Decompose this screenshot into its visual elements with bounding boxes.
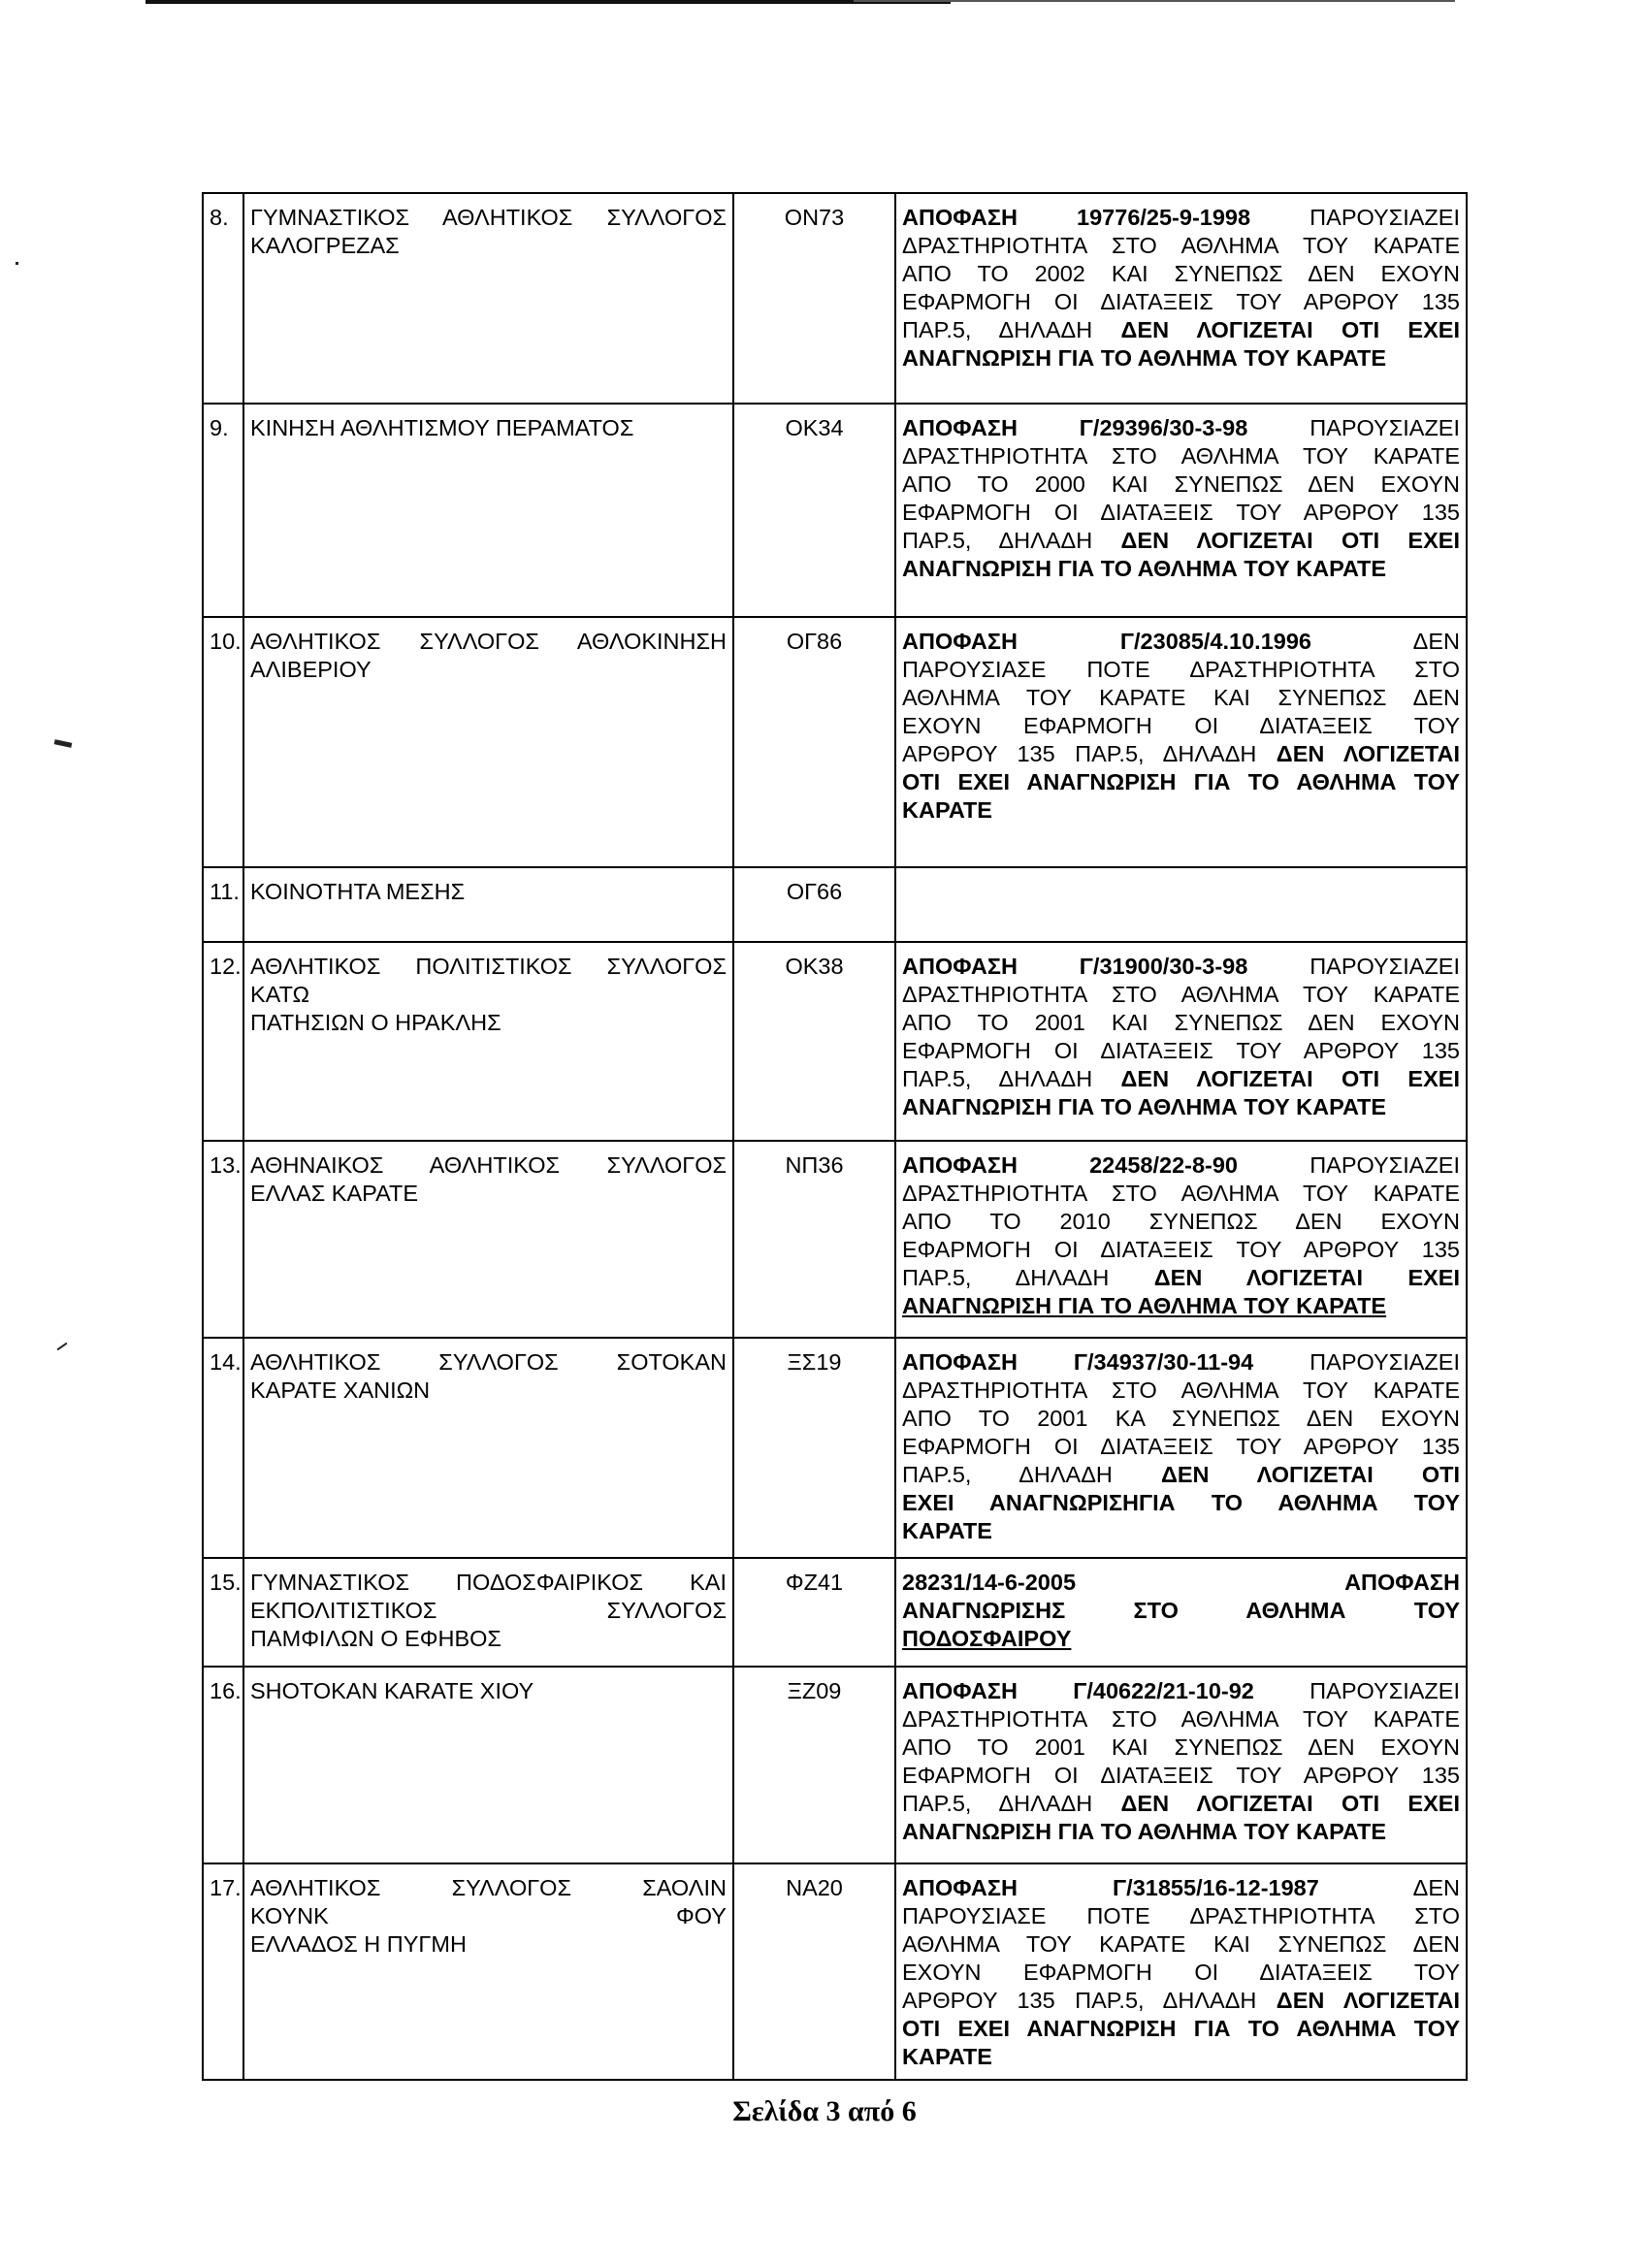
text-segment: ΠΑΡΟΥΣΙΑΣΕ ΠΟΤΕ ΔΡΑΣΤΗΡΙΟΤΗΤΑ ΣΤΟ bbox=[902, 1903, 1460, 1928]
row-number: 8. bbox=[203, 193, 243, 404]
description-line: ΟΤΙ ΕΧΕΙ ΑΝΑΓΝΩΡΙΣΗ ΓΙΑ ΤΟ ΑΘΛΗΜΑ ΤΟΥ bbox=[902, 2015, 1460, 2043]
description-line: ΑΠΟ ΤΟ 2001 ΚΑ ΣΥΝΕΠΩΣ ΔΕΝ ΕΧΟΥΝ bbox=[902, 1405, 1460, 1433]
decision-description: ΑΠΟΦΑΣΗ Γ/40622/21-10-92 ΠΑΡΟΥΣΙΑΖΕΙΔΡΑΣ… bbox=[895, 1667, 1467, 1863]
decision-description: ΑΠΟΦΑΣΗ Γ/29396/30-3-98 ΠΑΡΟΥΣΙΑΖΕΙΔΡΑΣΤ… bbox=[895, 404, 1467, 617]
club-name-line: ΕΛΛΑΔΟΣ Η ΠΥΓΜΗ bbox=[250, 1930, 727, 1959]
text-segment: ΑΝΑΓΝΩΡΙΣΗ ΓΙΑ ΤΟ ΑΘΛΗΜΑ ΤΟΥ ΚΑΡΑΤΕ bbox=[902, 1293, 1386, 1318]
text-segment: ΕΦΑΡΜΟΓΗ ΟΙ ΔΙΑΤΑΞΕΙΣ ΤΟΥ ΑΡΘΡΟΥ 135 bbox=[902, 289, 1460, 314]
description-line: ΑΝΑΓΝΩΡΙΣΗ ΓΙΑ ΤΟ ΑΘΛΗΜΑ ΤΟΥ ΚΑΡΑΤΕ bbox=[902, 1818, 1460, 1846]
text-segment: ΠΑΡΟΥΣΙΑΖΕΙ bbox=[1247, 954, 1460, 979]
description-line: ΕΧΟΥΝ ΕΦΑΡΜΟΓΗ ΟΙ ΔΙΑΤΑΞΕΙΣ ΤΟΥ bbox=[902, 1959, 1460, 1987]
description-line: ΑΠΟΦΑΣΗ Γ/31900/30-3-98 ΠΑΡΟΥΣΙΑΖΕΙ bbox=[902, 953, 1460, 981]
text-segment: ΑΠΟΦΑΣΗ Γ/31855/16-12-1987 bbox=[902, 1875, 1319, 1900]
table-row: 9. ΚΙΝΗΣΗ ΑΘΛΗΤΙΣΜΟΥ ΠΕΡΑΜΑΤΟΣ ΟΚ34 ΑΠΟΦ… bbox=[203, 404, 1467, 617]
decision-description: ΑΠΟΦΑΣΗ Γ/31900/30-3-98 ΠΑΡΟΥΣΙΑΖΕΙΔΡΑΣΤ… bbox=[895, 942, 1467, 1141]
club-name: ΚΟΙΝΟΤΗΤΑ ΜΕΣΗΣ bbox=[243, 867, 733, 942]
text-segment: ΑΠΟ ΤΟ 2001 ΚΑΙ ΣΥΝΕΠΩΣ ΔΕΝ ΕΧΟΥΝ bbox=[902, 1010, 1460, 1035]
table-row: 11. ΚΟΙΝΟΤΗΤΑ ΜΕΣΗΣ ΟΓ66 bbox=[203, 867, 1467, 942]
club-code: ΟΓ66 bbox=[733, 867, 895, 942]
club-name-line: ΓΥΜΝΑΣΤΙΚΟΣ ΑΘΛΗΤΙΚΟΣ ΣΥΛΛΟΓΟΣ bbox=[250, 204, 727, 232]
club-name: ΑΘΛΗΤΙΚΟΣ ΣΥΛΛΟΓΟΣ ΣΟΤΟΚΑΝΚΑΡΑΤΕ ΧΑΝΙΩΝ bbox=[243, 1338, 733, 1558]
text-segment: ΑΝΑΓΝΩΡΙΣΗ ΓΙΑ ΤΟ ΑΘΛΗΜΑ ΤΟΥ ΚΑΡΑΤΕ bbox=[902, 1819, 1386, 1844]
text-segment: ΑΘΛΗΜΑ ΤΟΥ ΚΑΡΑΤΕ ΚΑΙ ΣΥΝΕΠΩΣ ΔΕΝ bbox=[902, 685, 1460, 710]
table-row: 10. ΑΘΛΗΤΙΚΟΣ ΣΥΛΛΟΓΟΣ ΑΘΛΟΚΙΝΗΣΗΑΛΙΒΕΡΙ… bbox=[203, 617, 1467, 867]
club-name-line: ΚΑΛΟΓΡΕΖΑΣ bbox=[250, 232, 727, 260]
description-line: ΔΡΑΣΤΗΡΙΟΤΗΤΑ ΣΤΟ ΑΘΛΗΜΑ ΤΟΥ ΚΑΡΑΤΕ bbox=[902, 1377, 1460, 1405]
text-segment: ΠΑΡ.5, ΔΗΛΑΔΗ bbox=[902, 1066, 1121, 1091]
text-segment: ΟΤΙ ΕΧΕΙ ΑΝΑΓΝΩΡΙΣΗ ΓΙΑ ΤΟ ΑΘΛΗΜΑ ΤΟΥ bbox=[902, 769, 1460, 794]
text-segment: ΕΦΑΡΜΟΓΗ ΟΙ ΔΙΑΤΑΞΕΙΣ ΤΟΥ ΑΡΘΡΟΥ 135 bbox=[902, 1038, 1460, 1063]
text-segment: ΟΤΙ ΕΧΕΙ ΑΝΑΓΝΩΡΙΣΗ ΓΙΑ ΤΟ ΑΘΛΗΜΑ ΤΟΥ bbox=[902, 2016, 1460, 2041]
text-segment: ΠΑΡ.5, ΔΗΛΑΔΗ bbox=[902, 1265, 1154, 1290]
text-segment: ΕΧΟΥΝ ΕΦΑΡΜΟΓΗ ΟΙ ΔΙΑΤΑΞΕΙΣ ΤΟΥ bbox=[902, 1960, 1460, 1985]
decision-description: ΑΠΟΦΑΣΗ Γ/34937/30-11-94 ΠΑΡΟΥΣΙΑΖΕΙΔΡΑΣ… bbox=[895, 1338, 1467, 1558]
table-row: 16. SHOTOKAN KARATE ΧΙΟΥ ΞΖ09 ΑΠΟΦΑΣΗ Γ/… bbox=[203, 1667, 1467, 1863]
description-line: ΚΑΡΑΤΕ bbox=[902, 796, 1460, 825]
decision-description: ΑΠΟΦΑΣΗ Γ/23085/4.10.1996 ΔΕΝΠΑΡΟΥΣΙΑΣΕ … bbox=[895, 617, 1467, 867]
text-segment: ΔΡΑΣΤΗΡΙΟΤΗΤΑ ΣΤΟ ΑΘΛΗΜΑ ΤΟΥ ΚΑΡΑΤΕ bbox=[902, 233, 1460, 258]
text-segment: ΔΕΝ ΛΟΓΙΖΕΤΑΙ ΟΤΙ ΕΧΕΙ bbox=[1121, 317, 1460, 342]
text-segment: ΠΑΡΟΥΣΙΑΖΕΙ bbox=[1247, 415, 1460, 440]
club-name-line: ΑΘΗΝΑΙΚΟΣ ΑΘΛΗΤΙΚΟΣ ΣΥΛΛΟΓΟΣ bbox=[250, 1151, 727, 1180]
row-number: 9. bbox=[203, 404, 243, 617]
text-segment: ΔΡΑΣΤΗΡΙΟΤΗΤΑ ΣΤΟ ΑΘΛΗΜΑ ΤΟΥ ΚΑΡΑΤΕ bbox=[902, 1377, 1460, 1403]
club-name: SHOTOKAN KARATE ΧΙΟΥ bbox=[243, 1667, 733, 1863]
text-segment: 28231/14-6-2005 ΑΠΟΦΑΣΗ bbox=[902, 1570, 1460, 1595]
club-name-line: ΠΑΜΦΙΛΩΝ Ο ΕΦΗΒΟΣ bbox=[250, 1625, 727, 1653]
text-segment: ΔΕΝ bbox=[1319, 1875, 1460, 1900]
club-code: ΞΣ19 bbox=[733, 1338, 895, 1558]
description-line: ΕΦΑΡΜΟΓΗ ΟΙ ΔΙΑΤΑΞΕΙΣ ΤΟΥ ΑΡΘΡΟΥ 135 bbox=[902, 1433, 1460, 1461]
club-name-line: ΠΑΤΗΣΙΩΝ Ο ΗΡΑΚΛΗΣ bbox=[250, 1009, 727, 1037]
text-segment: ΑΝΑΓΝΩΡΙΣΗ ΓΙΑ ΤΟ ΑΘΛΗΜΑ ΤΟΥ ΚΑΡΑΤΕ bbox=[902, 345, 1386, 371]
description-line: ΑΘΛΗΜΑ ΤΟΥ ΚΑΡΑΤΕ ΚΑΙ ΣΥΝΕΠΩΣ ΔΕΝ bbox=[902, 1930, 1460, 1959]
table-row: 13. ΑΘΗΝΑΙΚΟΣ ΑΘΛΗΤΙΚΟΣ ΣΥΛΛΟΓΟΣΕΛΛΑΣ ΚΑ… bbox=[203, 1141, 1467, 1338]
decision-description: ΑΠΟΦΑΣΗ Γ/31855/16-12-1987 ΔΕΝΠΑΡΟΥΣΙΑΣΕ… bbox=[895, 1863, 1467, 2080]
text-segment: ΔΡΑΣΤΗΡΙΟΤΗΤΑ ΣΤΟ ΑΘΛΗΜΑ ΤΟΥ ΚΑΡΑΤΕ bbox=[902, 443, 1460, 469]
text-segment: ΑΠΟ ΤΟ 2001 ΚΑΙ ΣΥΝΕΠΩΣ ΔΕΝ ΕΧΟΥΝ bbox=[902, 1734, 1460, 1760]
text-segment: ΔΕΝ ΛΟΓΙΖΕΤΑΙ ΟΤΙ bbox=[1161, 1462, 1460, 1487]
description-line: ΑΠΟΦΑΣΗ 19776/25-9-1998 ΠΑΡΟΥΣΙΑΖΕΙ bbox=[902, 204, 1460, 232]
text-segment: ΑΠΟΦΑΣΗ 22458/22-8-90 bbox=[902, 1152, 1238, 1178]
scan-edge-line bbox=[854, 0, 1455, 2]
description-line: ΠΑΡΟΥΣΙΑΣΕ ΠΟΤΕ ΔΡΑΣΤΗΡΙΟΤΗΤΑ ΣΤΟ bbox=[902, 656, 1460, 684]
text-segment: ΑΠΟ ΤΟ 2010 ΣΥΝΕΠΩΣ ΔΕΝ ΕΧΟΥΝ bbox=[902, 1209, 1460, 1234]
description-line: ΠΑΡ.5, ΔΗΛΑΔΗ ΔΕΝ ΛΟΓΙΖΕΤΑΙ ΟΤΙ ΕΧΕΙ bbox=[902, 527, 1460, 555]
club-name-line: ΑΘΛΗΤΙΚΟΣ ΠΟΛΙΤΙΣΤΙΚΟΣ ΣΥΛΛΟΓΟΣ bbox=[250, 953, 727, 981]
description-line: ΑΝΑΓΝΩΡΙΣΗ ΓΙΑ ΤΟ ΑΘΛΗΜΑ ΤΟΥ ΚΑΡΑΤΕ bbox=[902, 1093, 1460, 1121]
text-segment: ΠΑΡ.5, ΔΗΛΑΔΗ bbox=[902, 1462, 1161, 1487]
text-segment: ΕΦΑΡΜΟΓΗ ΟΙ ΔΙΑΤΑΞΕΙΣ ΤΟΥ ΑΡΘΡΟΥ 135 bbox=[902, 1763, 1460, 1788]
club-name-line: ΑΛΙΒΕΡΙΟΥ bbox=[250, 656, 727, 684]
text-segment: ΑΝΑΓΝΩΡΙΣΗ ΓΙΑ ΤΟ ΑΘΛΗΜΑ ΤΟΥ ΚΑΡΑΤΕ bbox=[902, 556, 1386, 581]
decision-description: ΑΠΟΦΑΣΗ 19776/25-9-1998 ΠΑΡΟΥΣΙΑΖΕΙΔΡΑΣΤ… bbox=[895, 193, 1467, 404]
club-name-line: ΕΚΠΟΛΙΤΙΣΤΙΚΟΣ ΣΥΛΛΟΓΟΣ bbox=[250, 1597, 727, 1625]
club-name-line: ΚΑΡΑΤΕ ΧΑΝΙΩΝ bbox=[250, 1377, 727, 1405]
description-line: ΑΘΛΗΜΑ ΤΟΥ ΚΑΡΑΤΕ ΚΑΙ ΣΥΝΕΠΩΣ ΔΕΝ bbox=[902, 684, 1460, 712]
text-segment: ΔΕΝ ΛΟΓΙΖΕΤΑΙ ΟΤΙ ΕΧΕΙ bbox=[1121, 1066, 1460, 1091]
text-segment: ΔΡΑΣΤΗΡΙΟΤΗΤΑ ΣΤΟ ΑΘΛΗΜΑ ΤΟΥ ΚΑΡΑΤΕ bbox=[902, 1706, 1460, 1732]
text-segment: ΠΑΡ.5, ΔΗΛΑΔΗ bbox=[902, 528, 1121, 553]
description-line: ΕΦΑΡΜΟΓΗ ΟΙ ΔΙΑΤΑΞΕΙΣ ΤΟΥ ΑΡΘΡΟΥ 135 bbox=[902, 288, 1460, 316]
text-segment: ΔΕΝ ΛΟΓΙΖΕΤΑΙ ΟΤΙ ΕΧΕΙ bbox=[1121, 1791, 1460, 1816]
description-line: ΑΠΟ ΤΟ 2001 ΚΑΙ ΣΥΝΕΠΩΣ ΔΕΝ ΕΧΟΥΝ bbox=[902, 1009, 1460, 1037]
club-name: ΑΘΛΗΤΙΚΟΣ ΣΥΛΛΟΓΟΣ ΑΘΛΟΚΙΝΗΣΗΑΛΙΒΕΡΙΟΥ bbox=[243, 617, 733, 867]
club-code: ΟΝ73 bbox=[733, 193, 895, 404]
club-name-line: ΚΙΝΗΣΗ ΑΘΛΗΤΙΣΜΟΥ ΠΕΡΑΜΑΤΟΣ bbox=[250, 414, 727, 442]
description-line: ΕΦΑΡΜΟΓΗ ΟΙ ΔΙΑΤΑΞΕΙΣ ΤΟΥ ΑΡΘΡΟΥ 135 bbox=[902, 1762, 1460, 1790]
row-number: 12. bbox=[203, 942, 243, 1141]
scan-mark bbox=[16, 262, 18, 265]
scan-edge-line bbox=[145, 0, 951, 4]
text-segment: ΠΑΡ.5, ΔΗΛΑΔΗ bbox=[902, 317, 1121, 342]
text-segment: ΚΑΡΑΤΕ bbox=[902, 1518, 992, 1543]
club-name-line: ΚΟΙΝΟΤΗΤΑ ΜΕΣΗΣ bbox=[250, 878, 727, 906]
text-segment: ΑΡΘΡΟΥ 135 ΠΑΡ.5, ΔΗΛΑΔΗ bbox=[902, 1988, 1277, 2013]
description-line: ΑΠΟΦΑΣΗ Γ/34937/30-11-94 ΠΑΡΟΥΣΙΑΖΕΙ bbox=[902, 1348, 1460, 1377]
description-line: ΑΠΟ ΤΟ 2010 ΣΥΝΕΠΩΣ ΔΕΝ ΕΧΟΥΝ bbox=[902, 1208, 1460, 1236]
description-line: ΔΡΑΣΤΗΡΙΟΤΗΤΑ ΣΤΟ ΑΘΛΗΜΑ ΤΟΥ ΚΑΡΑΤΕ bbox=[902, 442, 1460, 470]
row-number: 16. bbox=[203, 1667, 243, 1863]
row-number: 14. bbox=[203, 1338, 243, 1558]
text-segment: ΠΑΡΟΥΣΙΑΖΕΙ bbox=[1250, 205, 1460, 230]
description-line: ΑΝΑΓΝΩΡΙΣΗ ΓΙΑ ΤΟ ΑΘΛΗΜΑ ΤΟΥ ΚΑΡΑΤΕ bbox=[902, 1292, 1460, 1320]
club-code: ΦΖ41 bbox=[733, 1558, 895, 1667]
text-segment: ΕΦΑΡΜΟΓΗ ΟΙ ΔΙΑΤΑΞΕΙΣ ΤΟΥ ΑΡΘΡΟΥ 135 bbox=[902, 500, 1460, 525]
text-segment: ΔΕΝ bbox=[1311, 629, 1460, 654]
row-number: 11. bbox=[203, 867, 243, 942]
scan-mark bbox=[54, 739, 73, 748]
description-line: ΑΝΑΓΝΩΡΙΣΗ ΓΙΑ ΤΟ ΑΘΛΗΜΑ ΤΟΥ ΚΑΡΑΤΕ bbox=[902, 344, 1460, 373]
text-segment: ΑΠΟΦΑΣΗ Γ/29396/30-3-98 bbox=[902, 415, 1247, 440]
table-row: 12. ΑΘΛΗΤΙΚΟΣ ΠΟΛΙΤΙΣΤΙΚΟΣ ΣΥΛΛΟΓΟΣΚΑΤΩΠ… bbox=[203, 942, 1467, 1141]
club-name-line: ΚΟΥΝΚ ΦΟΥ bbox=[250, 1902, 727, 1930]
text-segment: ΑΠΟΦΑΣΗ Γ/40622/21-10-92 bbox=[902, 1678, 1254, 1703]
text-segment: ΔΕΝ ΛΟΓΙΖΕΤΑΙ bbox=[1277, 1988, 1460, 2013]
decision-description bbox=[895, 867, 1467, 942]
club-code: ΝΠ36 bbox=[733, 1141, 895, 1338]
club-name: ΑΘΛΗΤΙΚΟΣ ΣΥΛΛΟΓΟΣ ΣΑΟΛΙΝΚΟΥΝΚ ΦΟΥΕΛΛΑΔΟ… bbox=[243, 1863, 733, 2080]
club-name-line: ΚΑΤΩ bbox=[250, 981, 727, 1009]
description-line: ΚΑΡΑΤΕ bbox=[902, 1517, 1460, 1545]
row-number: 10. bbox=[203, 617, 243, 867]
description-line: ΕΦΑΡΜΟΓΗ ΟΙ ΔΙΑΤΑΞΕΙΣ ΤΟΥ ΑΡΘΡΟΥ 135 bbox=[902, 1037, 1460, 1065]
description-line: ΑΠΟ ΤΟ 2000 ΚΑΙ ΣΥΝΕΠΩΣ ΔΕΝ ΕΧΟΥΝ bbox=[902, 470, 1460, 499]
club-name-line: ΑΘΛΗΤΙΚΟΣ ΣΥΛΛΟΓΟΣ ΑΘΛΟΚΙΝΗΣΗ bbox=[250, 628, 727, 656]
text-segment: ΠΑΡ.5, ΔΗΛΑΔΗ bbox=[902, 1791, 1121, 1816]
text-segment: ΔΕΝ ΛΟΓΙΖΕΤΑΙ ΕΧΕΙ bbox=[1154, 1265, 1460, 1290]
text-segment: ΕΧΟΥΝ ΕΦΑΡΜΟΓΗ ΟΙ ΔΙΑΤΑΞΕΙΣ ΤΟΥ bbox=[902, 713, 1460, 738]
club-name: ΚΙΝΗΣΗ ΑΘΛΗΤΙΣΜΟΥ ΠΕΡΑΜΑΤΟΣ bbox=[243, 404, 733, 617]
description-line: ΑΝΑΓΝΩΡΙΣΗ ΓΙΑ ΤΟ ΑΘΛΗΜΑ ΤΟΥ ΚΑΡΑΤΕ bbox=[902, 555, 1460, 583]
text-segment: ΠΑΡΟΥΣΙΑΖΕΙ bbox=[1254, 1678, 1460, 1703]
text-segment: ΑΠΟ ΤΟ 2002 ΚΑΙ ΣΥΝΕΠΩΣ ΔΕΝ ΕΧΟΥΝ bbox=[902, 261, 1460, 286]
text-segment: ΚΑΡΑΤΕ bbox=[902, 2044, 992, 2069]
description-line: ΕΧΕΙ ΑΝΑΓΝΩΡΙΣΗΓΙΑ ΤΟ ΑΘΛΗΜΑ ΤΟΥ bbox=[902, 1489, 1460, 1517]
text-segment: ΠΑΡΟΥΣΙΑΖΕΙ bbox=[1238, 1152, 1460, 1178]
description-line: ΔΡΑΣΤΗΡΙΟΤΗΤΑ ΣΤΟ ΑΘΛΗΜΑ ΤΟΥ ΚΑΡΑΤΕ bbox=[902, 1705, 1460, 1733]
club-name: ΓΥΜΝΑΣΤΙΚΟΣ ΑΘΛΗΤΙΚΟΣ ΣΥΛΛΟΓΟΣΚΑΛΟΓΡΕΖΑΣ bbox=[243, 193, 733, 404]
text-segment: ΑΠΟ ΤΟ 2000 ΚΑΙ ΣΥΝΕΠΩΣ ΔΕΝ ΕΧΟΥΝ bbox=[902, 471, 1460, 497]
text-segment: ΑΡΘΡΟΥ 135 ΠΑΡ.5, ΔΗΛΑΔΗ bbox=[902, 741, 1277, 766]
text-segment: ΔΕΝ ΛΟΓΙΖΕΤΑΙ bbox=[1277, 741, 1460, 766]
club-code: ΟΚ34 bbox=[733, 404, 895, 617]
text-segment: ΚΑΡΑΤΕ bbox=[902, 797, 992, 823]
text-segment: ΑΠΟ ΤΟ 2001 ΚΑ ΣΥΝΕΠΩΣ ΔΕΝ ΕΧΟΥΝ bbox=[902, 1406, 1460, 1431]
text-segment: ΕΦΑΡΜΟΓΗ ΟΙ ΔΙΑΤΑΞΕΙΣ ΤΟΥ ΑΡΘΡΟΥ 135 bbox=[902, 1237, 1460, 1262]
page-footer: Σελίδα 3 από 6 bbox=[0, 2095, 1649, 2128]
description-line: 28231/14-6-2005 ΑΠΟΦΑΣΗ bbox=[902, 1569, 1460, 1597]
description-line: ΠΑΡ.5, ΔΗΛΑΔΗ ΔΕΝ ΛΟΓΙΖΕΤΑΙ ΟΤΙ ΕΧΕΙ bbox=[902, 1790, 1460, 1818]
text-segment: ΠΑΡΟΥΣΙΑΖΕΙ bbox=[1253, 1349, 1460, 1375]
club-name-line: ΕΛΛΑΣ ΚΑΡΑΤΕ bbox=[250, 1180, 727, 1208]
text-segment: ΔΕΝ ΛΟΓΙΖΕΤΑΙ ΟΤΙ ΕΧΕΙ bbox=[1121, 528, 1460, 553]
table-row: 14. ΑΘΛΗΤΙΚΟΣ ΣΥΛΛΟΓΟΣ ΣΟΤΟΚΑΝΚΑΡΑΤΕ ΧΑΝ… bbox=[203, 1338, 1467, 1558]
text-segment: ΑΠΟΦΑΣΗ Γ/23085/4.10.1996 bbox=[902, 629, 1311, 654]
text-segment: ΑΝΑΓΝΩΡΙΣΗ ΓΙΑ ΤΟ ΑΘΛΗΜΑ ΤΟΥ ΚΑΡΑΤΕ bbox=[902, 1094, 1386, 1119]
text-segment: ΑΘΛΗΜΑ ΤΟΥ ΚΑΡΑΤΕ ΚΑΙ ΣΥΝΕΠΩΣ ΔΕΝ bbox=[902, 1931, 1460, 1957]
club-code: ΟΓ86 bbox=[733, 617, 895, 867]
description-line: ΑΠΟΦΑΣΗ Γ/29396/30-3-98 ΠΑΡΟΥΣΙΑΖΕΙ bbox=[902, 414, 1460, 442]
description-line: ΑΠΟΦΑΣΗ Γ/23085/4.10.1996 ΔΕΝ bbox=[902, 628, 1460, 656]
description-line: ΠΑΡ.5, ΔΗΛΑΔΗ ΔΕΝ ΛΟΓΙΖΕΤΑΙ ΟΤΙ bbox=[902, 1461, 1460, 1489]
text-segment: ΑΠΟΦΑΣΗ Γ/31900/30-3-98 bbox=[902, 954, 1247, 979]
description-line: ΑΠΟ ΤΟ 2001 ΚΑΙ ΣΥΝΕΠΩΣ ΔΕΝ ΕΧΟΥΝ bbox=[902, 1733, 1460, 1762]
description-line: ΠΑΡ.5, ΔΗΛΑΔΗ ΔΕΝ ΛΟΓΙΖΕΤΑΙ ΟΤΙ ΕΧΕΙ bbox=[902, 1065, 1460, 1093]
description-line: ΟΤΙ ΕΧΕΙ ΑΝΑΓΝΩΡΙΣΗ ΓΙΑ ΤΟ ΑΘΛΗΜΑ ΤΟΥ bbox=[902, 768, 1460, 796]
decision-description: 28231/14-6-2005 ΑΠΟΦΑΣΗΑΝΑΓΝΩΡΙΣΗΣ ΣΤΟ Α… bbox=[895, 1558, 1467, 1667]
text-segment: ΠΟΔΟΣΦΑΙΡΟΥ bbox=[902, 1626, 1071, 1651]
description-line: ΑΠΟ ΤΟ 2002 ΚΑΙ ΣΥΝΕΠΩΣ ΔΕΝ ΕΧΟΥΝ bbox=[902, 260, 1460, 288]
club-name-line: SHOTOKAN KARATE ΧΙΟΥ bbox=[250, 1677, 727, 1705]
registry-table: 8. ΓΥΜΝΑΣΤΙΚΟΣ ΑΘΛΗΤΙΚΟΣ ΣΥΛΛΟΓΟΣΚΑΛΟΓΡΕ… bbox=[202, 192, 1468, 2081]
text-segment: ΕΧΕΙ ΑΝΑΓΝΩΡΙΣΗΓΙΑ ΤΟ ΑΘΛΗΜΑ ΤΟΥ bbox=[902, 1490, 1460, 1515]
club-name-line: ΑΘΛΗΤΙΚΟΣ ΣΥΛΛΟΓΟΣ ΣΟΤΟΚΑΝ bbox=[250, 1348, 727, 1377]
club-name-line: ΑΘΛΗΤΙΚΟΣ ΣΥΛΛΟΓΟΣ ΣΑΟΛΙΝ bbox=[250, 1874, 727, 1902]
description-line: ΑΠΟΦΑΣΗ Γ/31855/16-12-1987 ΔΕΝ bbox=[902, 1874, 1460, 1902]
club-name: ΓΥΜΝΑΣΤΙΚΟΣ ΠΟΔΟΣΦΑΙΡΙΚΟΣ ΚΑΙΕΚΠΟΛΙΤΙΣΤΙ… bbox=[243, 1558, 733, 1667]
club-code: ΝΑ20 bbox=[733, 1863, 895, 2080]
description-line: ΠΟΔΟΣΦΑΙΡΟΥ bbox=[902, 1625, 1460, 1653]
club-code: ΟΚ38 bbox=[733, 942, 895, 1141]
description-line: ΑΠΟΦΑΣΗ Γ/40622/21-10-92 ΠΑΡΟΥΣΙΑΖΕΙ bbox=[902, 1677, 1460, 1705]
scan-mark bbox=[57, 1343, 68, 1351]
description-line: ΕΦΑΡΜΟΓΗ ΟΙ ΔΙΑΤΑΞΕΙΣ ΤΟΥ ΑΡΘΡΟΥ 135 bbox=[902, 1236, 1460, 1264]
description-line: ΑΡΘΡΟΥ 135 ΠΑΡ.5, ΔΗΛΑΔΗ ΔΕΝ ΛΟΓΙΖΕΤΑΙ bbox=[902, 1987, 1460, 2015]
text-segment: ΑΠΟΦΑΣΗ 19776/25-9-1998 bbox=[902, 205, 1250, 230]
description-line: ΑΡΘΡΟΥ 135 ΠΑΡ.5, ΔΗΛΑΔΗ ΔΕΝ ΛΟΓΙΖΕΤΑΙ bbox=[902, 740, 1460, 768]
text-segment: ΑΠΟΦΑΣΗ Γ/34937/30-11-94 bbox=[902, 1349, 1253, 1375]
club-name-line: ΓΥΜΝΑΣΤΙΚΟΣ ΠΟΔΟΣΦΑΙΡΙΚΟΣ ΚΑΙ bbox=[250, 1569, 727, 1597]
description-line: ΑΝΑΓΝΩΡΙΣΗΣ ΣΤΟ ΑΘΛΗΜΑ ΤΟΥ bbox=[902, 1597, 1460, 1625]
row-number: 17. bbox=[203, 1863, 243, 2080]
text-segment: ΕΦΑΡΜΟΓΗ ΟΙ ΔΙΑΤΑΞΕΙΣ ΤΟΥ ΑΡΘΡΟΥ 135 bbox=[902, 1434, 1460, 1459]
description-line: ΔΡΑΣΤΗΡΙΟΤΗΤΑ ΣΤΟ ΑΘΛΗΜΑ ΤΟΥ ΚΑΡΑΤΕ bbox=[902, 1180, 1460, 1208]
table-row: 15. ΓΥΜΝΑΣΤΙΚΟΣ ΠΟΔΟΣΦΑΙΡΙΚΟΣ ΚΑΙΕΚΠΟΛΙΤ… bbox=[203, 1558, 1467, 1667]
club-name: ΑΘΛΗΤΙΚΟΣ ΠΟΛΙΤΙΣΤΙΚΟΣ ΣΥΛΛΟΓΟΣΚΑΤΩΠΑΤΗΣ… bbox=[243, 942, 733, 1141]
description-line: ΕΦΑΡΜΟΓΗ ΟΙ ΔΙΑΤΑΞΕΙΣ ΤΟΥ ΑΡΘΡΟΥ 135 bbox=[902, 499, 1460, 527]
description-line: ΚΑΡΑΤΕ bbox=[902, 2043, 1460, 2071]
row-number: 15. bbox=[203, 1558, 243, 1667]
table-row: 17. ΑΘΛΗΤΙΚΟΣ ΣΥΛΛΟΓΟΣ ΣΑΟΛΙΝΚΟΥΝΚ ΦΟΥΕΛ… bbox=[203, 1863, 1467, 2080]
decision-description: ΑΠΟΦΑΣΗ 22458/22-8-90 ΠΑΡΟΥΣΙΑΖΕΙΔΡΑΣΤΗΡ… bbox=[895, 1141, 1467, 1338]
text-segment: ΑΝΑΓΝΩΡΙΣΗΣ ΣΤΟ ΑΘΛΗΜΑ ΤΟΥ bbox=[902, 1598, 1460, 1623]
description-line: ΔΡΑΣΤΗΡΙΟΤΗΤΑ ΣΤΟ ΑΘΛΗΜΑ ΤΟΥ ΚΑΡΑΤΕ bbox=[902, 232, 1460, 260]
description-line: ΠΑΡ.5, ΔΗΛΑΔΗ ΔΕΝ ΛΟΓΙΖΕΤΑΙ ΟΤΙ ΕΧΕΙ bbox=[902, 316, 1460, 344]
row-number: 13. bbox=[203, 1141, 243, 1338]
text-segment: ΠΑΡΟΥΣΙΑΣΕ ΠΟΤΕ ΔΡΑΣΤΗΡΙΟΤΗΤΑ ΣΤΟ bbox=[902, 657, 1460, 682]
description-line: ΠΑΡΟΥΣΙΑΣΕ ΠΟΤΕ ΔΡΑΣΤΗΡΙΟΤΗΤΑ ΣΤΟ bbox=[902, 1902, 1460, 1930]
club-code: ΞΖ09 bbox=[733, 1667, 895, 1863]
club-name: ΑΘΗΝΑΙΚΟΣ ΑΘΛΗΤΙΚΟΣ ΣΥΛΛΟΓΟΣΕΛΛΑΣ ΚΑΡΑΤΕ bbox=[243, 1141, 733, 1338]
description-line: ΑΠΟΦΑΣΗ 22458/22-8-90 ΠΑΡΟΥΣΙΑΖΕΙ bbox=[902, 1151, 1460, 1180]
description-line: ΕΧΟΥΝ ΕΦΑΡΜΟΓΗ ΟΙ ΔΙΑΤΑΞΕΙΣ ΤΟΥ bbox=[902, 712, 1460, 740]
table-row: 8. ΓΥΜΝΑΣΤΙΚΟΣ ΑΘΛΗΤΙΚΟΣ ΣΥΛΛΟΓΟΣΚΑΛΟΓΡΕ… bbox=[203, 193, 1467, 404]
text-segment: ΔΡΑΣΤΗΡΙΟΤΗΤΑ ΣΤΟ ΑΘΛΗΜΑ ΤΟΥ ΚΑΡΑΤΕ bbox=[902, 982, 1460, 1007]
description-line: ΠΑΡ.5, ΔΗΛΑΔΗ ΔΕΝ ΛΟΓΙΖΕΤΑΙ ΕΧΕΙ bbox=[902, 1264, 1460, 1292]
text-segment: ΔΡΑΣΤΗΡΙΟΤΗΤΑ ΣΤΟ ΑΘΛΗΜΑ ΤΟΥ ΚΑΡΑΤΕ bbox=[902, 1181, 1460, 1206]
description-line: ΔΡΑΣΤΗΡΙΟΤΗΤΑ ΣΤΟ ΑΘΛΗΜΑ ΤΟΥ ΚΑΡΑΤΕ bbox=[902, 981, 1460, 1009]
